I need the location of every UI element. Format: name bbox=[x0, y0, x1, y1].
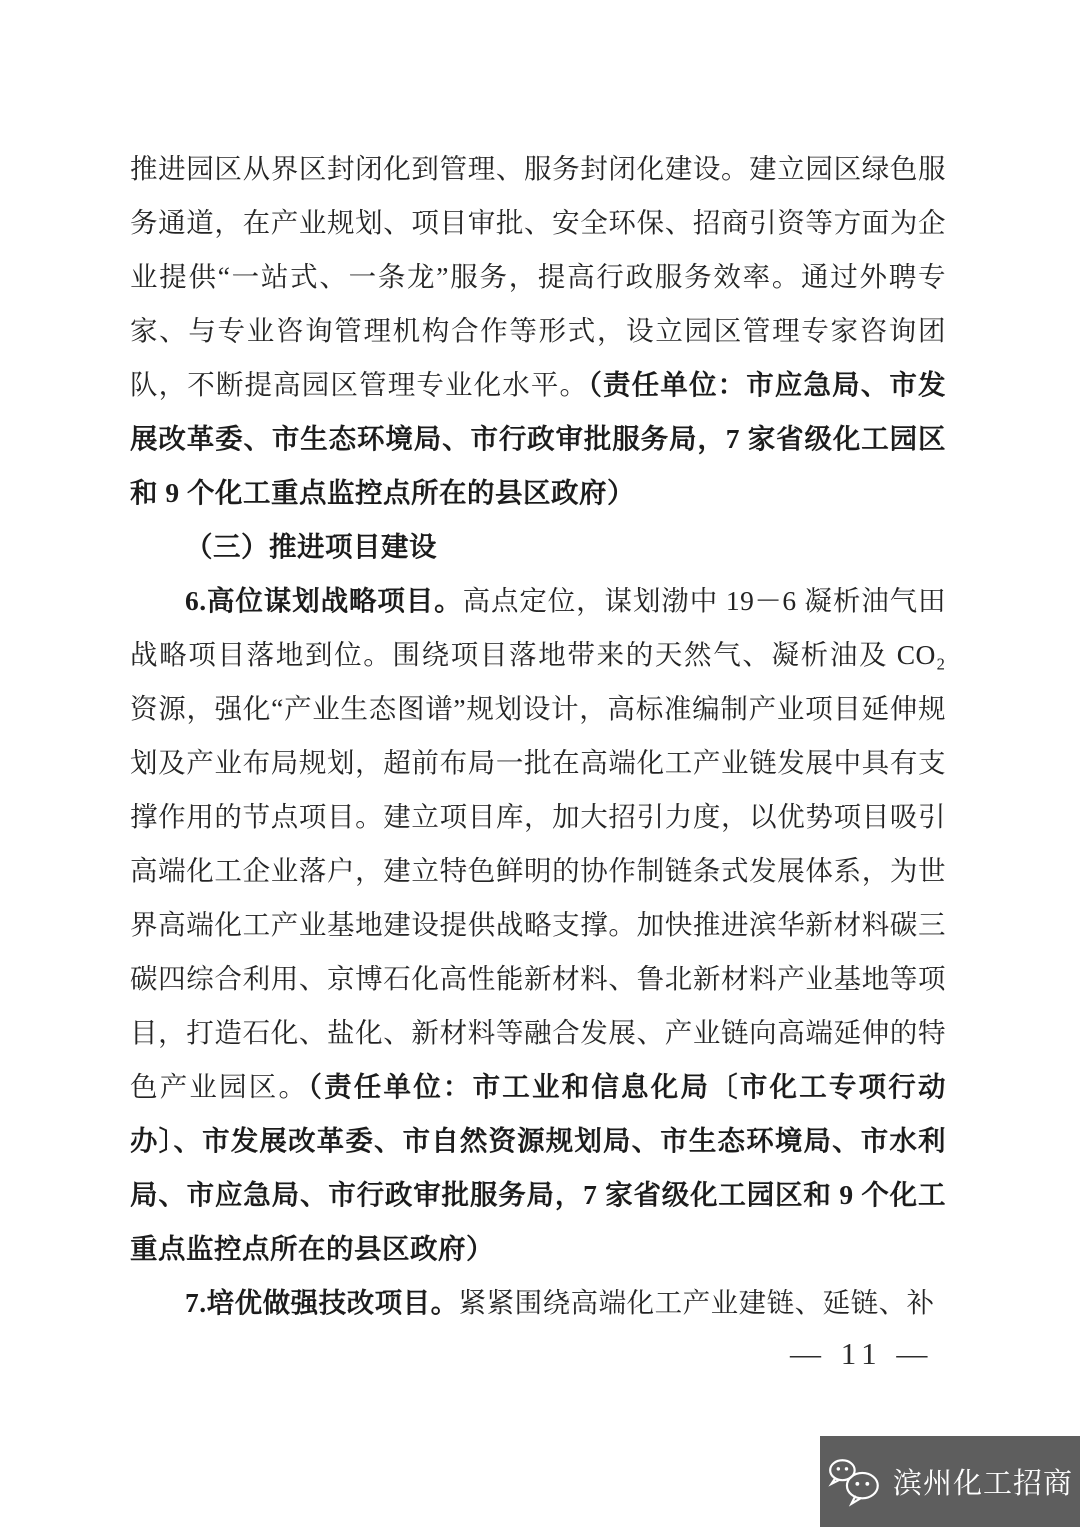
paragraph: 推进园区从界区封闭化到管理、服务封闭化建设。建立园区绿色服务通道，在产业规划、项… bbox=[130, 142, 946, 520]
paragraph: 6.高位谋划战略项目。高点定位，谋划渤中 19－6 凝析油气田战略项目落地到位。… bbox=[130, 574, 946, 1276]
document-page: 推进园区从界区封闭化到管理、服务封闭化建设。建立园区绿色服务通道，在产业规划、项… bbox=[0, 0, 1080, 1527]
paragraph: 7.培优做强技改项目。紧紧围绕高端化工产业建链、延链、补 bbox=[130, 1276, 946, 1330]
text-segment: 紧紧围绕高端化工产业建链、延链、补 bbox=[459, 1287, 935, 1318]
text-segment: 高点定位，谋划渤中 19－6 凝析油气田战略项目落地到位。围绕项目落地带来的天然… bbox=[130, 585, 946, 1102]
wechat-icon bbox=[827, 1457, 885, 1507]
text-segment: 7.培优做强技改项目。 bbox=[185, 1287, 459, 1318]
document-body: 推进园区从界区封闭化到管理、服务封闭化建设。建立园区绿色服务通道，在产业规划、项… bbox=[130, 142, 946, 1330]
text-segment: 6.高位谋划战略项目。 bbox=[185, 585, 463, 616]
text-segment: （三）推进项目建设 bbox=[185, 531, 437, 562]
page-number: — 11 — bbox=[790, 1336, 933, 1372]
watermark-text: 滨州化工招商 bbox=[893, 1461, 1073, 1502]
paragraph: （三）推进项目建设 bbox=[130, 520, 946, 574]
watermark-badge: 滨州化工招商 bbox=[820, 1436, 1080, 1527]
text-segment: 推进园区从界区封闭化到管理、服务封闭化建设。建立园区绿色服务通道，在产业规划、项… bbox=[130, 153, 946, 400]
